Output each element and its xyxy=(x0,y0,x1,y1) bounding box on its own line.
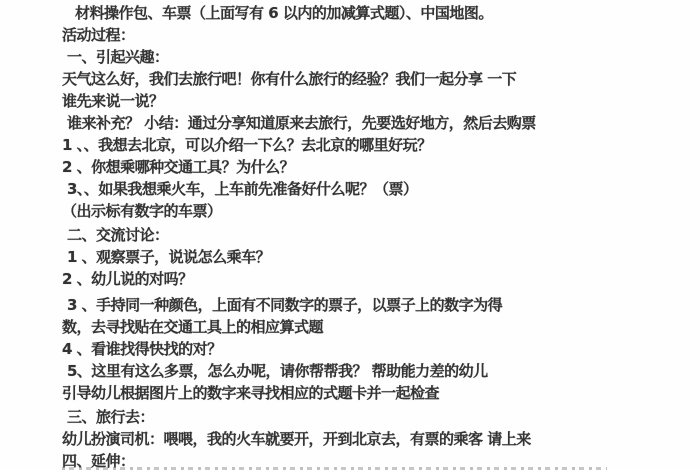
text-line-item-2: 2 、你想乘哪种交通工具？为什么？ xyxy=(62,156,660,178)
document-page: 材料操作包、车票（上面写有 6 以内的加减算式题）、中国地图。 活动过程： 一、… xyxy=(0,0,700,470)
text-line: 天气这么好，我们去旅行吧！你有什么旅行的经验？我们一起分享 一下 xyxy=(62,68,660,90)
text-line-section2-heading: 二、交流讨论： xyxy=(62,224,660,246)
text-line: 谁先来说一说？ xyxy=(62,90,660,112)
text-line: 幼儿扮演司机：喂喂，我的火车就要开，开到北京去，有票的乘客 请上来 xyxy=(62,428,660,450)
text-line-item-3: 3、、如果我想乘火车，上车前先准备好什么呢？（票） xyxy=(62,178,660,200)
text-line-parenthetical: （出示标有数字的车票） xyxy=(62,200,660,222)
text-line-continuation: 引导幼儿根据图片上的数字来寻找相应的式题卡并一起检查 xyxy=(62,382,660,404)
text-line-section1-heading: 一、引起兴趣： xyxy=(62,46,660,68)
text-line-item-5: 5、这里有这么多票，怎么办呢，请你帮帮我？ 帮助能力差的幼儿 xyxy=(62,360,660,382)
text-line-materials: 材料操作包、车票（上面写有 6 以内的加减算式题）、中国地图。 xyxy=(62,2,660,24)
text-line-section3-heading: 三、旅行去： xyxy=(62,406,660,428)
text-line-item-1: 1 、观察票子，说说怎么乘车？ xyxy=(62,246,660,268)
text-line-continuation: 数，去寻找贴在交通工具上的相应算式题 xyxy=(62,316,660,338)
text-line-item-3: 3 、手持同一种颜色，上面有不同数字的票子，以票子上的数字为得 xyxy=(62,294,660,316)
text-line: 谁来补充？ 小结：通过分享知道原来去旅行，先要选好地方，然后去购票 xyxy=(62,112,660,134)
text-line-item-2: 2 、幼儿说的对吗？ xyxy=(62,268,660,290)
text-line-process-heading: 活动过程： xyxy=(62,24,660,46)
text-line-item-4: 4 、看谁找得快找的对？ xyxy=(62,338,660,360)
text-line-item-1: 1 、、我想去北京，可以介绍一下么？去北京的哪里好玩？ xyxy=(62,134,660,156)
